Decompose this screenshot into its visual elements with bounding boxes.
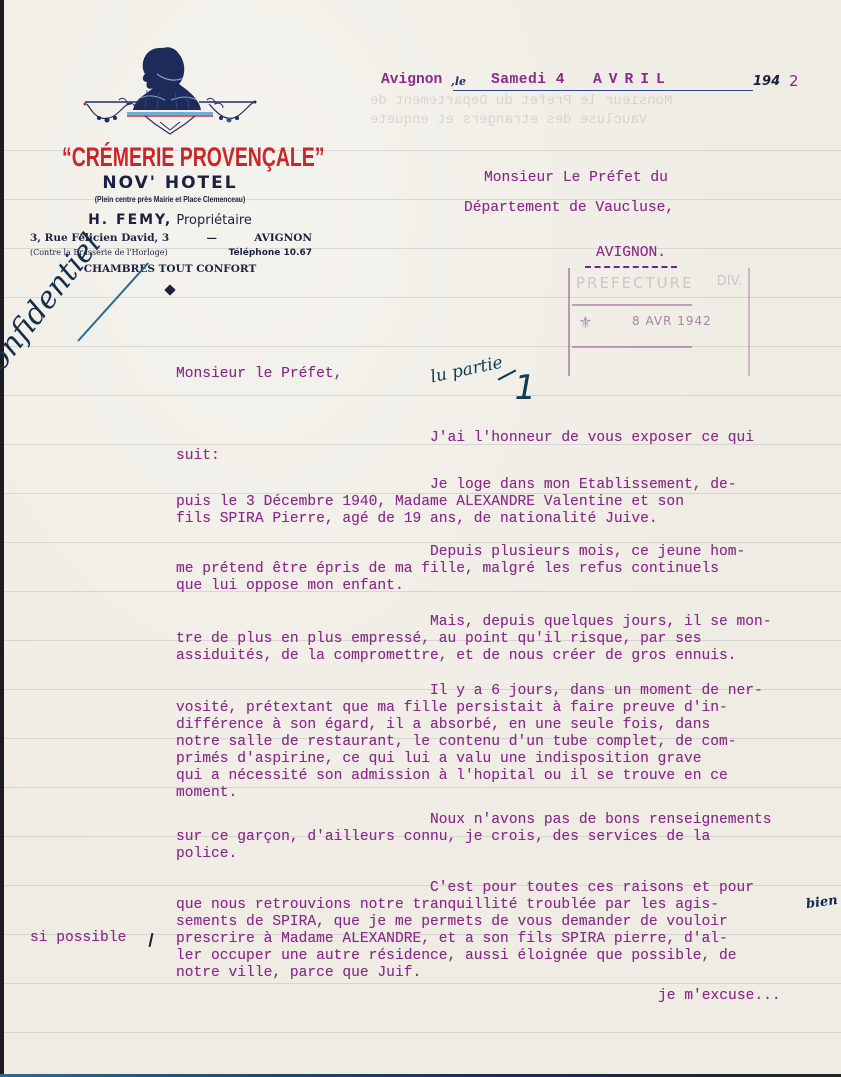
paragraph-line: fils SPIRA Pierre, agé de 19 ans, de nat…: [176, 511, 658, 528]
recipient-line-2: Département de Vaucluse,: [464, 200, 674, 217]
paragraph-line: vosité, prétextant que ma fille persista…: [176, 700, 728, 717]
insertion-mark: [149, 933, 154, 947]
ruled-line: [4, 542, 841, 543]
paragraph-first-line: C'est pour toutes ces raisons et pour: [430, 880, 754, 897]
paragraph-first-line: Je loge dans mon Etablissement, de-: [430, 477, 737, 494]
paragraph-line: que nous retrouvions notre tranquillité …: [176, 897, 719, 914]
bleed-through-text: Monsieur le Prefet du Departement de: [370, 93, 672, 109]
paragraph-line: moment.: [176, 785, 237, 802]
city: AVIGNON: [254, 231, 312, 246]
closing: je m'excuse...: [658, 988, 781, 1005]
recipient-line-3: AVIGNON.: [596, 245, 666, 262]
paragraph-first-line: Depuis plusieurs mois, ce jeune hom-: [430, 544, 745, 561]
dateline: Avignon ,le Samedi 4 AVRIL 194 2: [381, 72, 813, 92]
paragraph-line: qui a nécessité son admission à l'hopita…: [176, 768, 728, 785]
handwritten-bien: bien: [805, 893, 839, 912]
location-note: (Plein centre près Mairie et Place Cleme…: [43, 194, 298, 206]
phone-number: Téléphone 10.67: [229, 246, 312, 260]
paragraph-line: assiduités, de la compromettre, et de no…: [176, 648, 737, 665]
diamond-ornament-icon: [164, 284, 175, 295]
stamp-header-faded-right: DIV.: [717, 274, 742, 289]
ruled-line: [4, 983, 841, 984]
paragraph-line: prescrire à Madame ALEXANDRE, et a son f…: [176, 931, 728, 948]
owner-line: H. FEMY, Propriétaire: [20, 210, 320, 231]
paragraph-first-line: Noux n'avons pas de bons renseignements: [430, 812, 772, 829]
hotel-name: NOV' HOTEL: [20, 172, 320, 194]
recipient-line-1: Monsieur Le Préfet du: [484, 170, 668, 187]
date-place: Avignon: [381, 72, 442, 88]
salutation: Monsieur le Préfet,: [176, 366, 342, 383]
date-month: AVRIL: [593, 72, 672, 88]
ruled-line: [4, 787, 841, 788]
scan-left-edge: [0, 0, 4, 1077]
ruled-line: [4, 1032, 841, 1033]
owner-title: Propriétaire: [176, 213, 252, 228]
paragraph-line: sements de SPIRA, que je me permets de v…: [176, 914, 728, 931]
provencal-woman-emblem-icon: [75, 38, 265, 138]
handwritten-number: 1: [510, 368, 539, 408]
paragraph-line: police.: [176, 846, 237, 863]
letter-page: Monsieur le Prefet du Departement de Vau…: [0, 0, 841, 1077]
brand-name: “CRÉMERIE PROVENÇALE”: [62, 142, 278, 172]
fleur-de-lis-icon: ⚜: [580, 312, 591, 334]
address-line: 3, Rue Félicien David, 3 — AVIGNON: [20, 231, 320, 246]
paragraph-line: notre ville, parce que Juif.: [176, 965, 421, 982]
paragraph-line: me prétend être épris de ma fille, malgr…: [176, 561, 719, 578]
paragraph-line: sur ce garçon, d'ailleurs connu, je croi…: [176, 829, 710, 846]
paragraph-line: puis le 3 Décembre 1940, Madame ALEXANDR…: [176, 494, 684, 511]
paragraph-first-line: Mais, depuis quelques jours, il se mon-: [430, 614, 772, 631]
date-day: Samedi 4: [491, 72, 565, 88]
ruled-line: [4, 591, 841, 592]
paragraph-line: notre salle de restaurant, le contenu d'…: [176, 734, 737, 751]
dateline-underline: [453, 90, 753, 91]
bleed-through-text: Vaucluse des etrangers et enquete: [370, 112, 647, 128]
handwritten-annotation: lu partie: [429, 353, 505, 388]
paragraph-line: que lui oppose mon enfant.: [176, 578, 404, 595]
paragraph-first-line: Il y a 6 jours, dans un moment de ner-: [430, 683, 763, 700]
paragraph-line: tre de plus en plus empressé, au point q…: [176, 631, 701, 648]
stamp-date: 8 AVR 1942: [632, 314, 712, 328]
ruled-line: [4, 395, 841, 396]
margin-note-si-possible: si possible: [30, 930, 126, 947]
stamp-header-faded: PREFECTURE: [576, 274, 694, 292]
address-dash: —: [206, 231, 217, 246]
paragraph-first-line: J'ai l'honneur de vous exposer ce qui: [430, 430, 754, 447]
paragraph-line: suit:: [176, 448, 220, 465]
received-stamp: PREFECTURE DIV. ⚜ 8 AVR 1942: [568, 268, 750, 376]
date-le: ,le: [451, 75, 466, 88]
paragraph-line: ler occuper une autre résidence, aussi é…: [176, 948, 737, 965]
paragraph-line: différence à son égard, il a absorbé, en…: [176, 717, 710, 734]
date-year-prefix: 194: [753, 74, 780, 89]
date-year-suffix: 2: [789, 72, 799, 90]
paragraph-line: primés d'aspirine, ce qui lui a valu une…: [176, 751, 701, 768]
